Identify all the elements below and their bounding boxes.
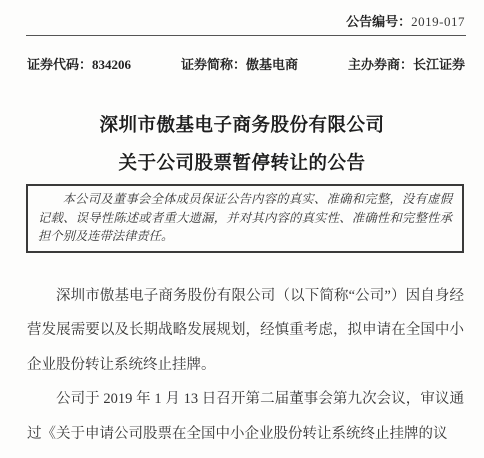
securities-short-name-value: 傲基电商 — [246, 57, 298, 72]
securities-code-label: 证券代码： — [27, 57, 92, 72]
document-title: 深圳市傲基电子商务股份有限公司 关于公司股票暂停转让的公告 — [0, 107, 484, 183]
securities-short-name: 证券简称：傲基电商 — [181, 54, 298, 73]
disclaimer-text: 本公司及董事会全体成员保证公告内容的真实、准确和完整，没有虚假记载、误导性陈述或… — [38, 190, 452, 246]
header-divider-line — [26, 35, 466, 36]
body-paragraph-1: 深圳市傲基电子商务股份有限公司（以下简称“公司”）因自身经营发展需要以及长期战略… — [27, 279, 464, 382]
announcement-number-label: 公告编号： — [346, 14, 411, 29]
sponsor-broker-label: 主办券商： — [348, 57, 413, 72]
sponsor-broker: 主办券商：长江证券 — [348, 54, 465, 73]
disclaimer-box: 本公司及董事会全体成员保证公告内容的真实、准确和完整，没有虚假记载、误导性陈述或… — [26, 184, 464, 253]
document-title-line2: 关于公司股票暂停转让的公告 — [0, 145, 484, 183]
securities-info-row: 证券代码：834206 证券简称：傲基电商 主办券商：长江证券 — [27, 54, 465, 73]
securities-short-name-label: 证券简称： — [181, 57, 246, 72]
document-body: 深圳市傲基电子商务股份有限公司（以下简称“公司”）因自身经营发展需要以及长期战略… — [27, 279, 464, 451]
announcement-number: 公告编号：2019-017 — [346, 11, 465, 30]
announcement-document: 公告编号：2019-017 证券代码：834206 证券简称：傲基电商 主办券商… — [0, 0, 484, 458]
body-paragraph-2: 公司于 2019 年 1 月 13 日召开第二届董事会第九次会议，审议通过《关于… — [27, 382, 464, 451]
securities-code: 证券代码：834206 — [27, 54, 131, 73]
document-title-line1: 深圳市傲基电子商务股份有限公司 — [0, 107, 484, 145]
sponsor-broker-value: 长江证券 — [413, 57, 465, 72]
securities-code-value: 834206 — [92, 57, 131, 72]
announcement-number-value: 2019-017 — [411, 14, 465, 29]
